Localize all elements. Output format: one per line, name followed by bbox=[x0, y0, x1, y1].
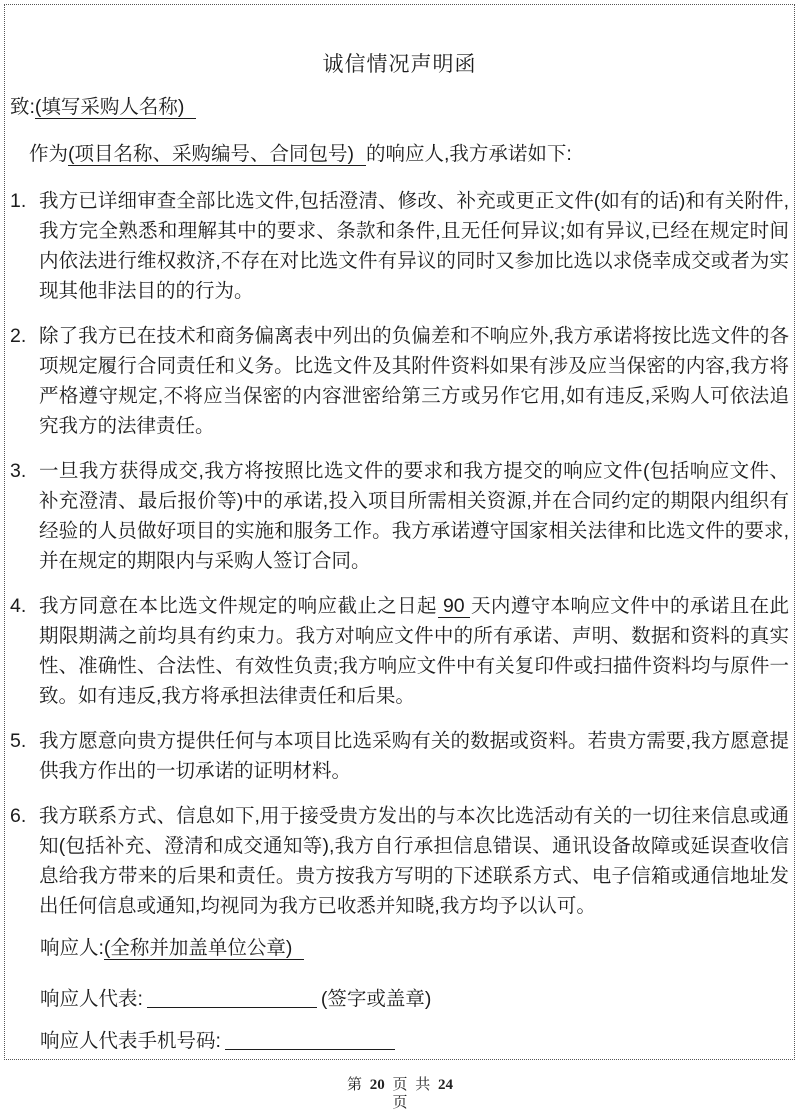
commitment-list: 1. 我方已详细审查全部比选文件,包括澄清、修改、补充或更正文件(如有的话)和有… bbox=[10, 186, 789, 921]
page-footer: 第 20 页 共 24 页 bbox=[0, 1076, 800, 1109]
document-title: 诚信情况声明函 bbox=[10, 51, 789, 79]
item-number: 1. bbox=[10, 186, 39, 306]
representative-signature-blank bbox=[147, 988, 317, 1009]
item-text: 除了我方已在技术和商务偏离表中列出的负偏差和不响应外,我方承诺将按比选文件的各项… bbox=[39, 321, 789, 441]
intro-rest: 的响应人,我方承诺如下: bbox=[366, 143, 572, 165]
footer-mid: 页 共 bbox=[393, 1077, 431, 1093]
footer-total-pages: 24 bbox=[438, 1077, 453, 1093]
salutation-label: 致: bbox=[10, 96, 35, 118]
salutation-line: 致:(填写采购人名称) bbox=[10, 95, 789, 119]
item-number: 2. bbox=[10, 321, 39, 441]
footer-page-number: 20 bbox=[370, 1077, 385, 1093]
response-validity-days-value: 90 bbox=[438, 595, 470, 618]
representative-label: 响应人代表: bbox=[40, 988, 143, 1010]
item-number: 4. bbox=[10, 591, 39, 711]
footer-wrapped-char: 页 bbox=[0, 1094, 800, 1109]
page-border: 诚信情况声明函 致:(填写采购人名称) 作为(项目名称、采购编号、合同包号)的响… bbox=[4, 4, 795, 1060]
phone-line: 响应人代表手机号码: bbox=[40, 1029, 789, 1054]
signature-block: 响应人:(全称并加盖单位公章) 响应人代表:(签字或盖章) 响应人代表手机号码: bbox=[40, 936, 789, 1054]
purchaser-name-blank: (填写采购人名称) bbox=[35, 96, 197, 119]
project-info-blank: (项目名称、采购编号、合同包号) bbox=[68, 143, 366, 166]
item-text: 一旦我方获得成交,我方将按照比选文件的要求和我方提交的响应文件(包括响应文件、补… bbox=[39, 456, 789, 576]
item-text: 我方同意在本比选文件规定的响应截止之日起90天内遵守本响应文件中的承诺且在此期限… bbox=[39, 591, 789, 711]
footer-page-line: 第 20 页 共 24 bbox=[0, 1076, 800, 1094]
intro-lead: 作为 bbox=[29, 143, 68, 165]
commitment-item-5: 5. 我方愿意向贵方提供任何与本项目比选采购有关的数据或资料。若贵方需要,我方愿… bbox=[10, 726, 789, 786]
item-text: 我方联系方式、信息如下,用于接受贵方发出的与本次比选活动有关的一切往来信息或通知… bbox=[39, 801, 789, 921]
responder-label: 响应人: bbox=[40, 937, 104, 959]
document-page: 诚信情况声明函 致:(填写采购人名称) 作为(项目名称、采购编号、合同包号)的响… bbox=[0, 0, 800, 1109]
commitment-item-3: 3. 一旦我方获得成交,我方将按照比选文件的要求和我方提交的响应文件(包括响应文… bbox=[10, 456, 789, 576]
representative-line: 响应人代表:(签字或盖章) bbox=[40, 987, 789, 1012]
footer-prefix: 第 bbox=[347, 1077, 362, 1093]
item-number: 6. bbox=[10, 801, 39, 921]
commitment-item-4: 4. 我方同意在本比选文件规定的响应截止之日起90天内遵守本响应文件中的承诺且在… bbox=[10, 591, 789, 711]
signature-note: (签字或盖章) bbox=[321, 988, 432, 1010]
intro-line: 作为(项目名称、采购编号、合同包号)的响应人,我方承诺如下: bbox=[29, 142, 789, 166]
item-number: 5. bbox=[10, 726, 39, 786]
item-text: 我方愿意向贵方提供任何与本项目比选采购有关的数据或资料。若贵方需要,我方愿意提供… bbox=[39, 726, 789, 786]
item-text-prefix: 我方同意在本比选文件规定的响应截止之日起 bbox=[39, 595, 437, 617]
phone-number-blank bbox=[225, 1030, 395, 1051]
commitment-item-2: 2. 除了我方已在技术和商务偏离表中列出的负偏差和不响应外,我方承诺将按比选文件… bbox=[10, 321, 789, 441]
commitment-item-1: 1. 我方已详细审查全部比选文件,包括澄清、修改、补充或更正文件(如有的话)和有… bbox=[10, 186, 789, 306]
item-number: 3. bbox=[10, 456, 39, 576]
responder-line: 响应人:(全称并加盖单位公章) bbox=[40, 936, 789, 961]
item-text: 我方已详细审查全部比选文件,包括澄清、修改、补充或更正文件(如有的话)和有关附件… bbox=[39, 186, 789, 306]
commitment-item-6: 6. 我方联系方式、信息如下,用于接受贵方发出的与本次比选活动有关的一切往来信息… bbox=[10, 801, 789, 921]
responder-name-blank: (全称并加盖单位公章) bbox=[104, 937, 305, 960]
phone-label: 响应人代表手机号码: bbox=[40, 1030, 221, 1052]
